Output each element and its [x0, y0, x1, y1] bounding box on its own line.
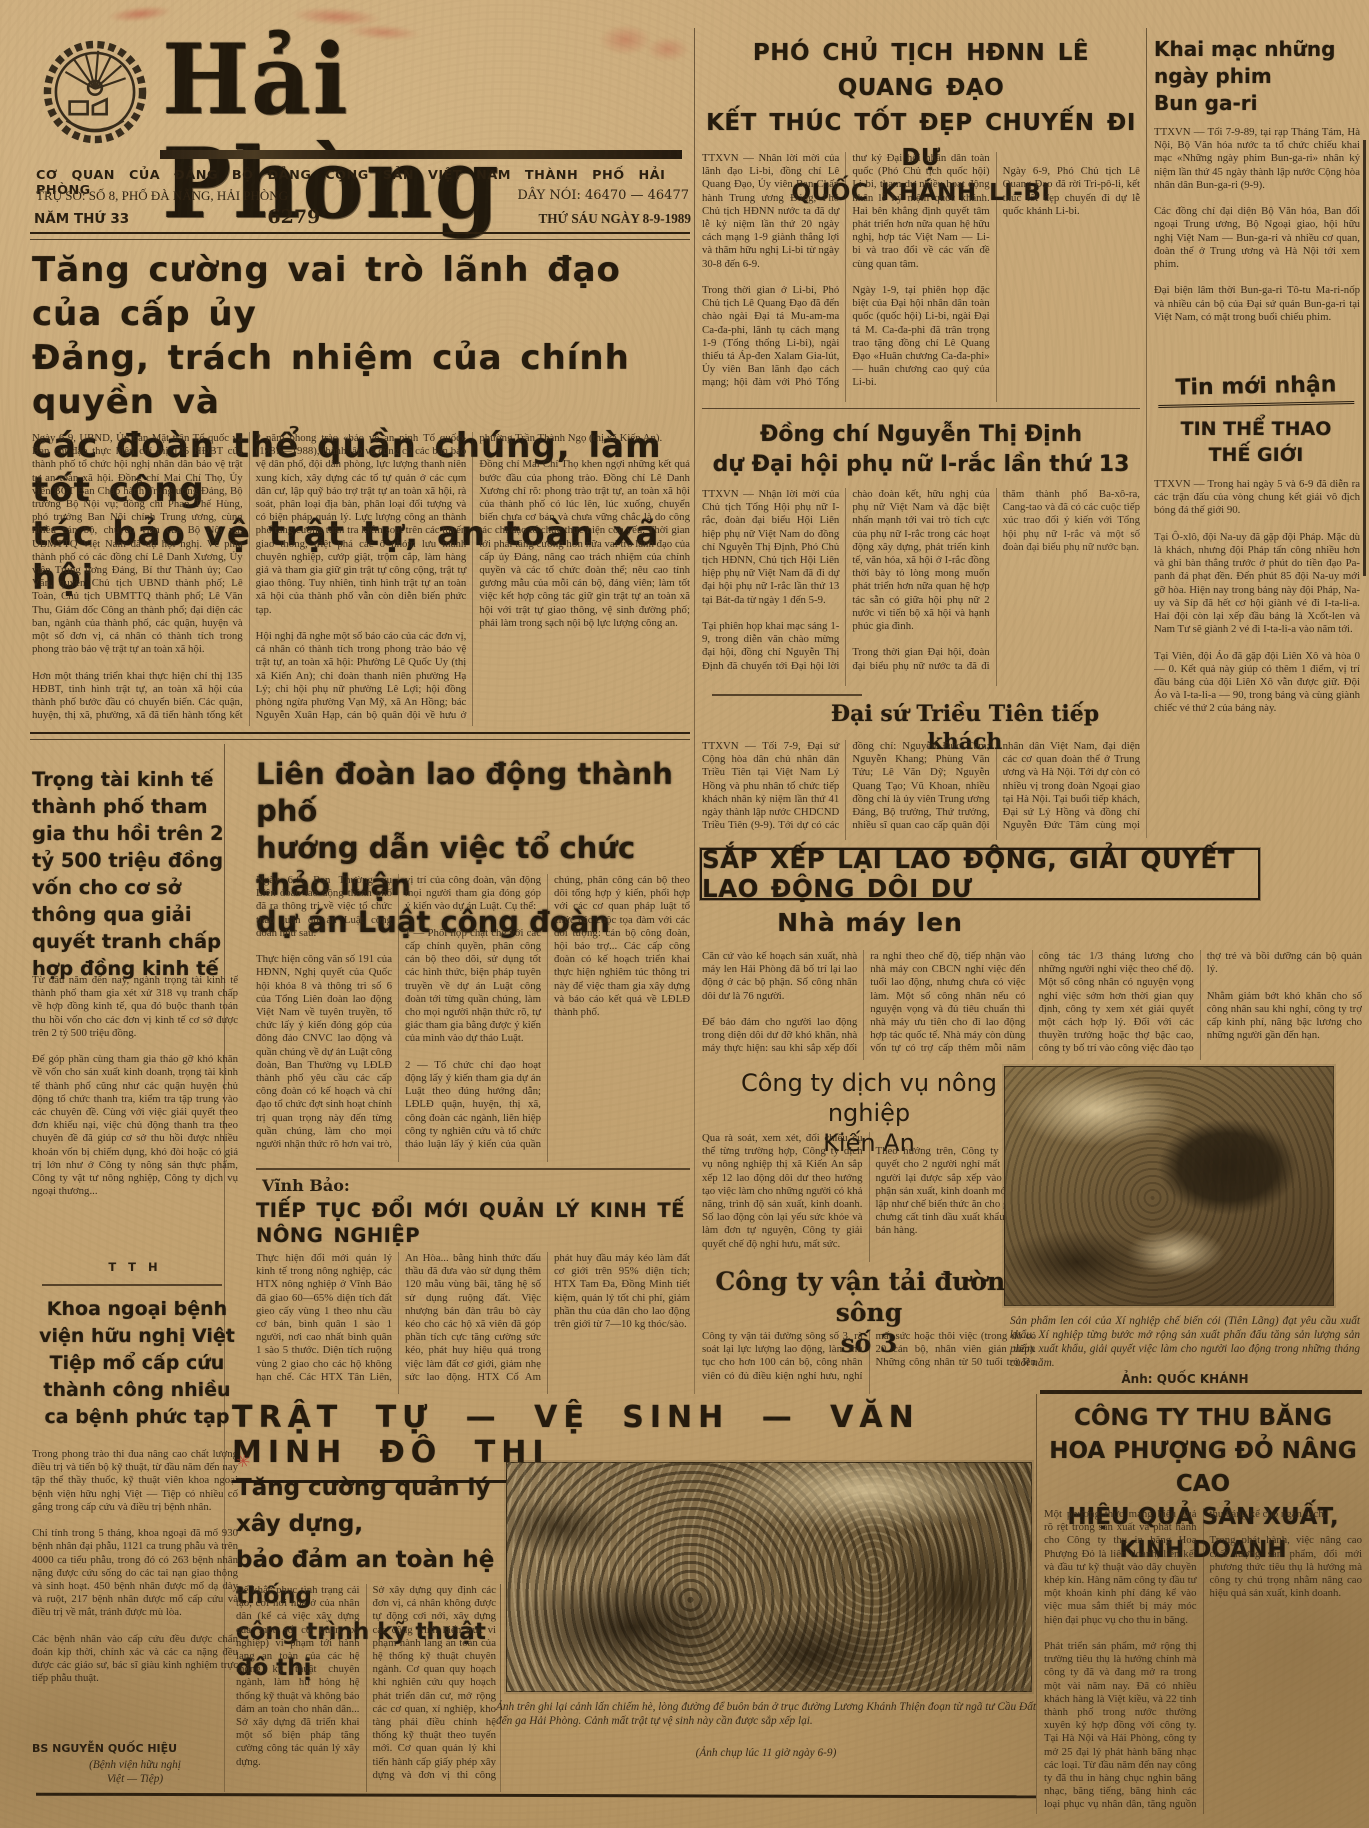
date-line: THỨ SÁU NGÀY 8-9-1989 — [538, 211, 691, 227]
vantai-body: Công ty vận tải đường sông số 3, rà soát… — [702, 1330, 1036, 1394]
libya-body: TTXVN — Nhân lời mời của lãnh đạo Li-bi,… — [702, 152, 1140, 402]
trongtai-headline: Trọng tài kinh tế thành phố tham gia thu… — [32, 766, 244, 982]
masthead-rule — [30, 232, 690, 240]
masthead-emblem-logo — [42, 36, 148, 148]
section-rule — [256, 1168, 690, 1170]
khoangoai-headline: Khoa ngoại bệnh viện hữu nghị Việt Tiệp … — [32, 1296, 242, 1431]
tin-the-thao-headline: TIN THỂ THAO THẾ GIỚI — [1158, 416, 1354, 468]
issue-row: NĂM THỨ 33 6279 THỨ SÁU NGÀY 8-9-1989 — [34, 206, 691, 228]
photo-coi-credit: Ảnh: QUỐC KHÁNH — [1010, 1372, 1360, 1386]
nhamaylen-body: Căn cứ vào kế hoạch sản xuất, nhà máy le… — [702, 950, 1362, 1060]
kienan-body: Qua rà soát, xem xét, đối chiếu cụ thể t… — [702, 1132, 1036, 1262]
trongtai-body: Từ đầu năm đến nay, ngành trọng tài kinh… — [32, 974, 238, 1260]
page-bottom-rule — [36, 1793, 1036, 1799]
liendoan-body: Ngày 6-9, Ban Thường vụ Liên đoàn lao độ… — [256, 874, 690, 1162]
khoangoai-signature-2: (Bệnh viện hữu nghị Việt — Tiệp) — [32, 1758, 238, 1786]
column-divider — [1146, 28, 1147, 838]
bulgaria-headline: Khai mạc những ngày phim Bun ga-ri — [1154, 36, 1360, 117]
lead-article-body: Ngày 6-9, UBND, Ủy ban Mặt trận Tổ quốc … — [32, 432, 690, 726]
section-rule — [42, 1284, 222, 1286]
lead-end-rule — [30, 732, 690, 740]
trongtai-signature: T T H — [32, 1260, 238, 1274]
section-rule — [702, 408, 1140, 409]
newspaper-title: Hải Phòng — [162, 28, 661, 146]
photo-street-caption: Ảnh trên ghi lại cảnh lấn chiếm hè, lòng… — [496, 1700, 1036, 1728]
masthead-info-row: TRỤ SỞ: SỐ 8, PHỐ ĐÀ NẴNG, HẢI PHÒNG DÂY… — [36, 188, 689, 204]
sports-body: TTXVN — Trong hai ngày 5 và 6-9 đã diễn … — [1154, 478, 1360, 836]
vinhbao-kicker: Vĩnh Bảo: — [262, 1176, 402, 1195]
phone-line: DÂY NÓI: 46470 — 46477 — [517, 188, 689, 204]
dinh-body: TTXVN — Nhận lời mời của Chủ tịch Tổng H… — [702, 488, 1140, 686]
vinhbao-headline: TIẾP TỤC ĐỔI MỚI QUẢN LÝ KINH TẾ NÔNG NG… — [256, 1198, 692, 1248]
office-address: TRỤ SỞ: SỐ 8, PHỐ ĐÀ NẴNG, HẢI PHÒNG — [36, 188, 288, 204]
scan-edge-line — [1363, 140, 1366, 576]
issue-number: 6279 — [267, 206, 320, 228]
hoaphuong-top-rule — [1040, 1390, 1362, 1394]
khoangoai-signature: BS NGUYỄN QUỐC HIỆU — [32, 1742, 238, 1755]
sapxep-banner-text: SẮP XẾP LẠI LAO ĐỘNG, GIẢI QUYẾT LAO ĐỘN… — [702, 845, 1258, 903]
column-divider — [1036, 1394, 1037, 1814]
photo-coi-caption: Sản phẩm len cói của Xí nghiệp chế biến … — [1010, 1314, 1360, 1370]
bulgaria-body: TTXVN — Tối 7-9-89, tại rạp Tháng Tám, H… — [1154, 126, 1360, 366]
sapxep-banner: SẮP XẾP LẠI LAO ĐỘNG, GIẢI QUYẾT LAO ĐỘN… — [700, 848, 1260, 900]
vinhbao-body: Thực hiện đổi mới quản lý kinh tế trong … — [256, 1252, 690, 1394]
year-number: NĂM THỨ 33 — [34, 211, 129, 227]
trieutien-body: TTXVN — Tối 7-9, Đại sứ Cộng hòa dân chủ… — [702, 740, 1140, 840]
nhamaylen-headline: Nhà máy len — [705, 908, 1035, 937]
newspaper-page: Hải Phòng CƠ QUAN CỦA ĐẢNG BỘ ĐẢNG CỘNG … — [0, 0, 1369, 1828]
column-divider — [694, 28, 695, 1394]
tangcuong-body: Để khắc phục tình trạng cải tạo, cơi nới… — [236, 1584, 496, 1792]
column-divider — [500, 1584, 501, 1792]
section-rule — [712, 694, 862, 696]
khoangoai-body: Trong phong trào thi đua nâng cao chất l… — [32, 1448, 238, 1740]
hoaphuong-body: Một phương thức mang hiệu quả rõ rệt tro… — [1044, 1508, 1362, 1814]
photo-coi-products — [1004, 1066, 1334, 1306]
photo-street-market — [506, 1462, 1032, 1692]
photo-street-credit: (Ảnh chụp lúc 11 giờ ngày 6-9) — [496, 1746, 1036, 1760]
nameplate-rule — [160, 150, 682, 159]
dinh-headline: Đồng chí Nguyễn Thị Định dự Đại hội phụ … — [702, 420, 1140, 480]
tin-moi-nhan-kicker: Tin mới nhận — [1158, 372, 1355, 408]
